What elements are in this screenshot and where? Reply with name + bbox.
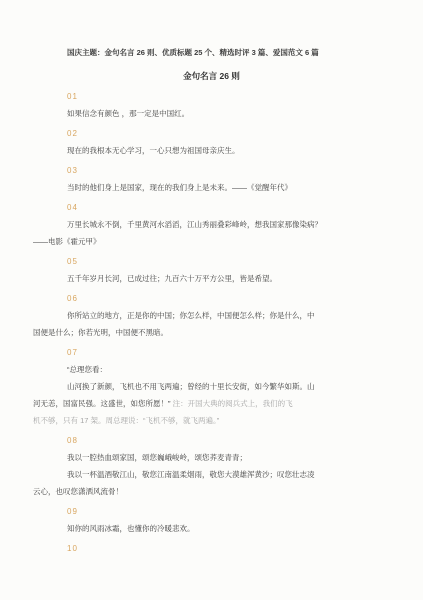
quote-line: 你所站立的地方，正是你的中国；你怎么样，中国便怎么样；你是什么，中 bbox=[33, 307, 390, 324]
quote-text: 国便是什么；你若光明，中国便不黑暗。 bbox=[33, 328, 168, 337]
quote-line: 当时的他们身上是国家，现在的我们身上是未来。——《觉醒年代》 bbox=[33, 179, 390, 196]
quote-line: 云心，也叹您潇洒风流骨！ bbox=[33, 483, 390, 500]
quote-number: 05 bbox=[33, 253, 390, 270]
quote-text: 云心，也叹您潇洒风流骨！ bbox=[33, 487, 123, 496]
document-summary-line: 国庆主题：金句名言 26 则、优质标题 25 个、精选时评 3 篇、爱国范文 6… bbox=[33, 44, 390, 61]
quote-note-text: 机不够，只有 17 架。周总理说：“飞机不够，就飞两遍。” bbox=[33, 416, 219, 425]
quote-line: 我以一腔热血颂家国，颂您巍峨峻岭，颂您荞麦青青； bbox=[33, 449, 390, 466]
quote-line: 我以一杯温酒敬江山，敬您江南温柔烟雨，敬您大漠雄浑黄沙；叹您壮志凌 bbox=[33, 466, 390, 483]
quote-item: 06你所站立的地方，正是你的中国；你怎么样，中国便怎么样；你是什么，中国便是什么… bbox=[33, 290, 390, 341]
quote-line: “总理您看： bbox=[33, 361, 390, 378]
quote-line: 山河换了新颜，飞机也不用飞两遍；曾经的十里长安街，如今繁华如斯。山 bbox=[33, 378, 390, 395]
quote-text: “总理您看： bbox=[67, 365, 107, 374]
quote-line: 现在的我根本无心学习，一心只想为祖国母亲庆生。 bbox=[33, 142, 390, 159]
quote-item: 09知你的风雨冰霜，也懂你的冷暖悲欢。 bbox=[33, 503, 390, 537]
quote-text: 万里长城永不倒，千里黄河水滔滔，江山秀丽叠彩峰岭，想我国家那像染病？ bbox=[67, 220, 322, 229]
quote-item: 07“总理您看：山河换了新颜，飞机也不用飞两遍；曾经的十里长安街，如今繁华如斯。… bbox=[33, 344, 390, 429]
quote-line: 河无恙，国富民强。这盛世，如您所愿！” 注：开国大典的阅兵式上，我们的飞 bbox=[33, 395, 390, 412]
quote-number: 03 bbox=[33, 162, 390, 179]
quote-list: 01如果信念有颜色 ，那一定是中国红。02现在的我根本无心学习，一心只想为祖国母… bbox=[33, 88, 390, 557]
page-title: 金句名言 26 则 bbox=[33, 68, 390, 85]
quote-number: 06 bbox=[33, 290, 390, 307]
quote-number: 04 bbox=[33, 199, 390, 216]
quote-text: 你所站立的地方，正是你的中国；你怎么样，中国便怎么样；你是什么，中 bbox=[67, 311, 315, 320]
quote-line: 五千年岁月长河，已成过往；九百六十万平方公里，皆是希望。 bbox=[33, 270, 390, 287]
quote-line: ——电影《霍元甲》 bbox=[33, 233, 390, 250]
quote-line: 如果信念有颜色 ，那一定是中国红。 bbox=[33, 105, 390, 122]
quote-text: 河无恙，国富民强。这盛世，如您所愿！” bbox=[33, 399, 173, 408]
quote-item: 10 bbox=[33, 540, 390, 557]
quote-line: 万里长城永不倒，千里黄河水滔滔，江山秀丽叠彩峰岭，想我国家那像染病？ bbox=[33, 216, 390, 233]
quote-text: 我以一腔热血颂家国，颂您巍峨峻岭，颂您荞麦青青； bbox=[67, 453, 247, 462]
quote-text: ——电影《霍元甲》 bbox=[33, 237, 101, 246]
quote-number: 09 bbox=[33, 503, 390, 520]
quote-text: 山河换了新颜，飞机也不用飞两遍；曾经的十里长安街，如今繁华如斯。山 bbox=[67, 382, 315, 391]
quote-item: 04万里长城永不倒，千里黄河水滔滔，江山秀丽叠彩峰岭，想我国家那像染病？——电影… bbox=[33, 199, 390, 250]
quote-item: 05五千年岁月长河，已成过往；九百六十万平方公里，皆是希望。 bbox=[33, 253, 390, 287]
quote-line: 知你的风雨冰霜，也懂你的冷暖悲欢。 bbox=[33, 520, 390, 537]
quote-item: 02现在的我根本无心学习，一心只想为祖国母亲庆生。 bbox=[33, 125, 390, 159]
quote-item: 03当时的他们身上是国家，现在的我们身上是未来。——《觉醒年代》 bbox=[33, 162, 390, 196]
quote-text: 现在的我根本无心学习，一心只想为祖国母亲庆生。 bbox=[67, 146, 240, 155]
quote-line: 国便是什么；你若光明，中国便不黑暗。 bbox=[33, 324, 390, 341]
quote-text: 如果信念有颜色 ，那一定是中国红。 bbox=[67, 109, 189, 118]
quote-text: 五千年岁月长河，已成过往；九百六十万平方公里，皆是希望。 bbox=[67, 274, 277, 283]
quote-note-text: 注：开国大典的阅兵式上，我们的飞 bbox=[173, 399, 293, 408]
quote-number: 07 bbox=[33, 344, 390, 361]
quote-line: 机不够，只有 17 架。周总理说：“飞机不够，就飞两遍。” bbox=[33, 412, 390, 429]
quote-text: 当时的他们身上是国家，现在的我们身上是未来。——《觉醒年代》 bbox=[67, 183, 292, 192]
quote-text: 我以一杯温酒敬江山，敬您江南温柔烟雨，敬您大漠雄浑黄沙；叹您壮志凌 bbox=[67, 470, 315, 479]
quote-number: 02 bbox=[33, 125, 390, 142]
quote-item: 01如果信念有颜色 ，那一定是中国红。 bbox=[33, 88, 390, 122]
quote-number: 10 bbox=[33, 540, 390, 557]
document-page: 国庆主题：金句名言 26 则、优质标题 25 个、精选时评 3 篇、爱国范文 6… bbox=[0, 0, 423, 600]
quote-number: 08 bbox=[33, 432, 390, 449]
quote-item: 08我以一腔热血颂家国，颂您巍峨峻岭，颂您荞麦青青；我以一杯温酒敬江山，敬您江南… bbox=[33, 432, 390, 500]
quote-number: 01 bbox=[33, 88, 390, 105]
quote-text: 知你的风雨冰霜，也懂你的冷暖悲欢。 bbox=[67, 524, 195, 533]
